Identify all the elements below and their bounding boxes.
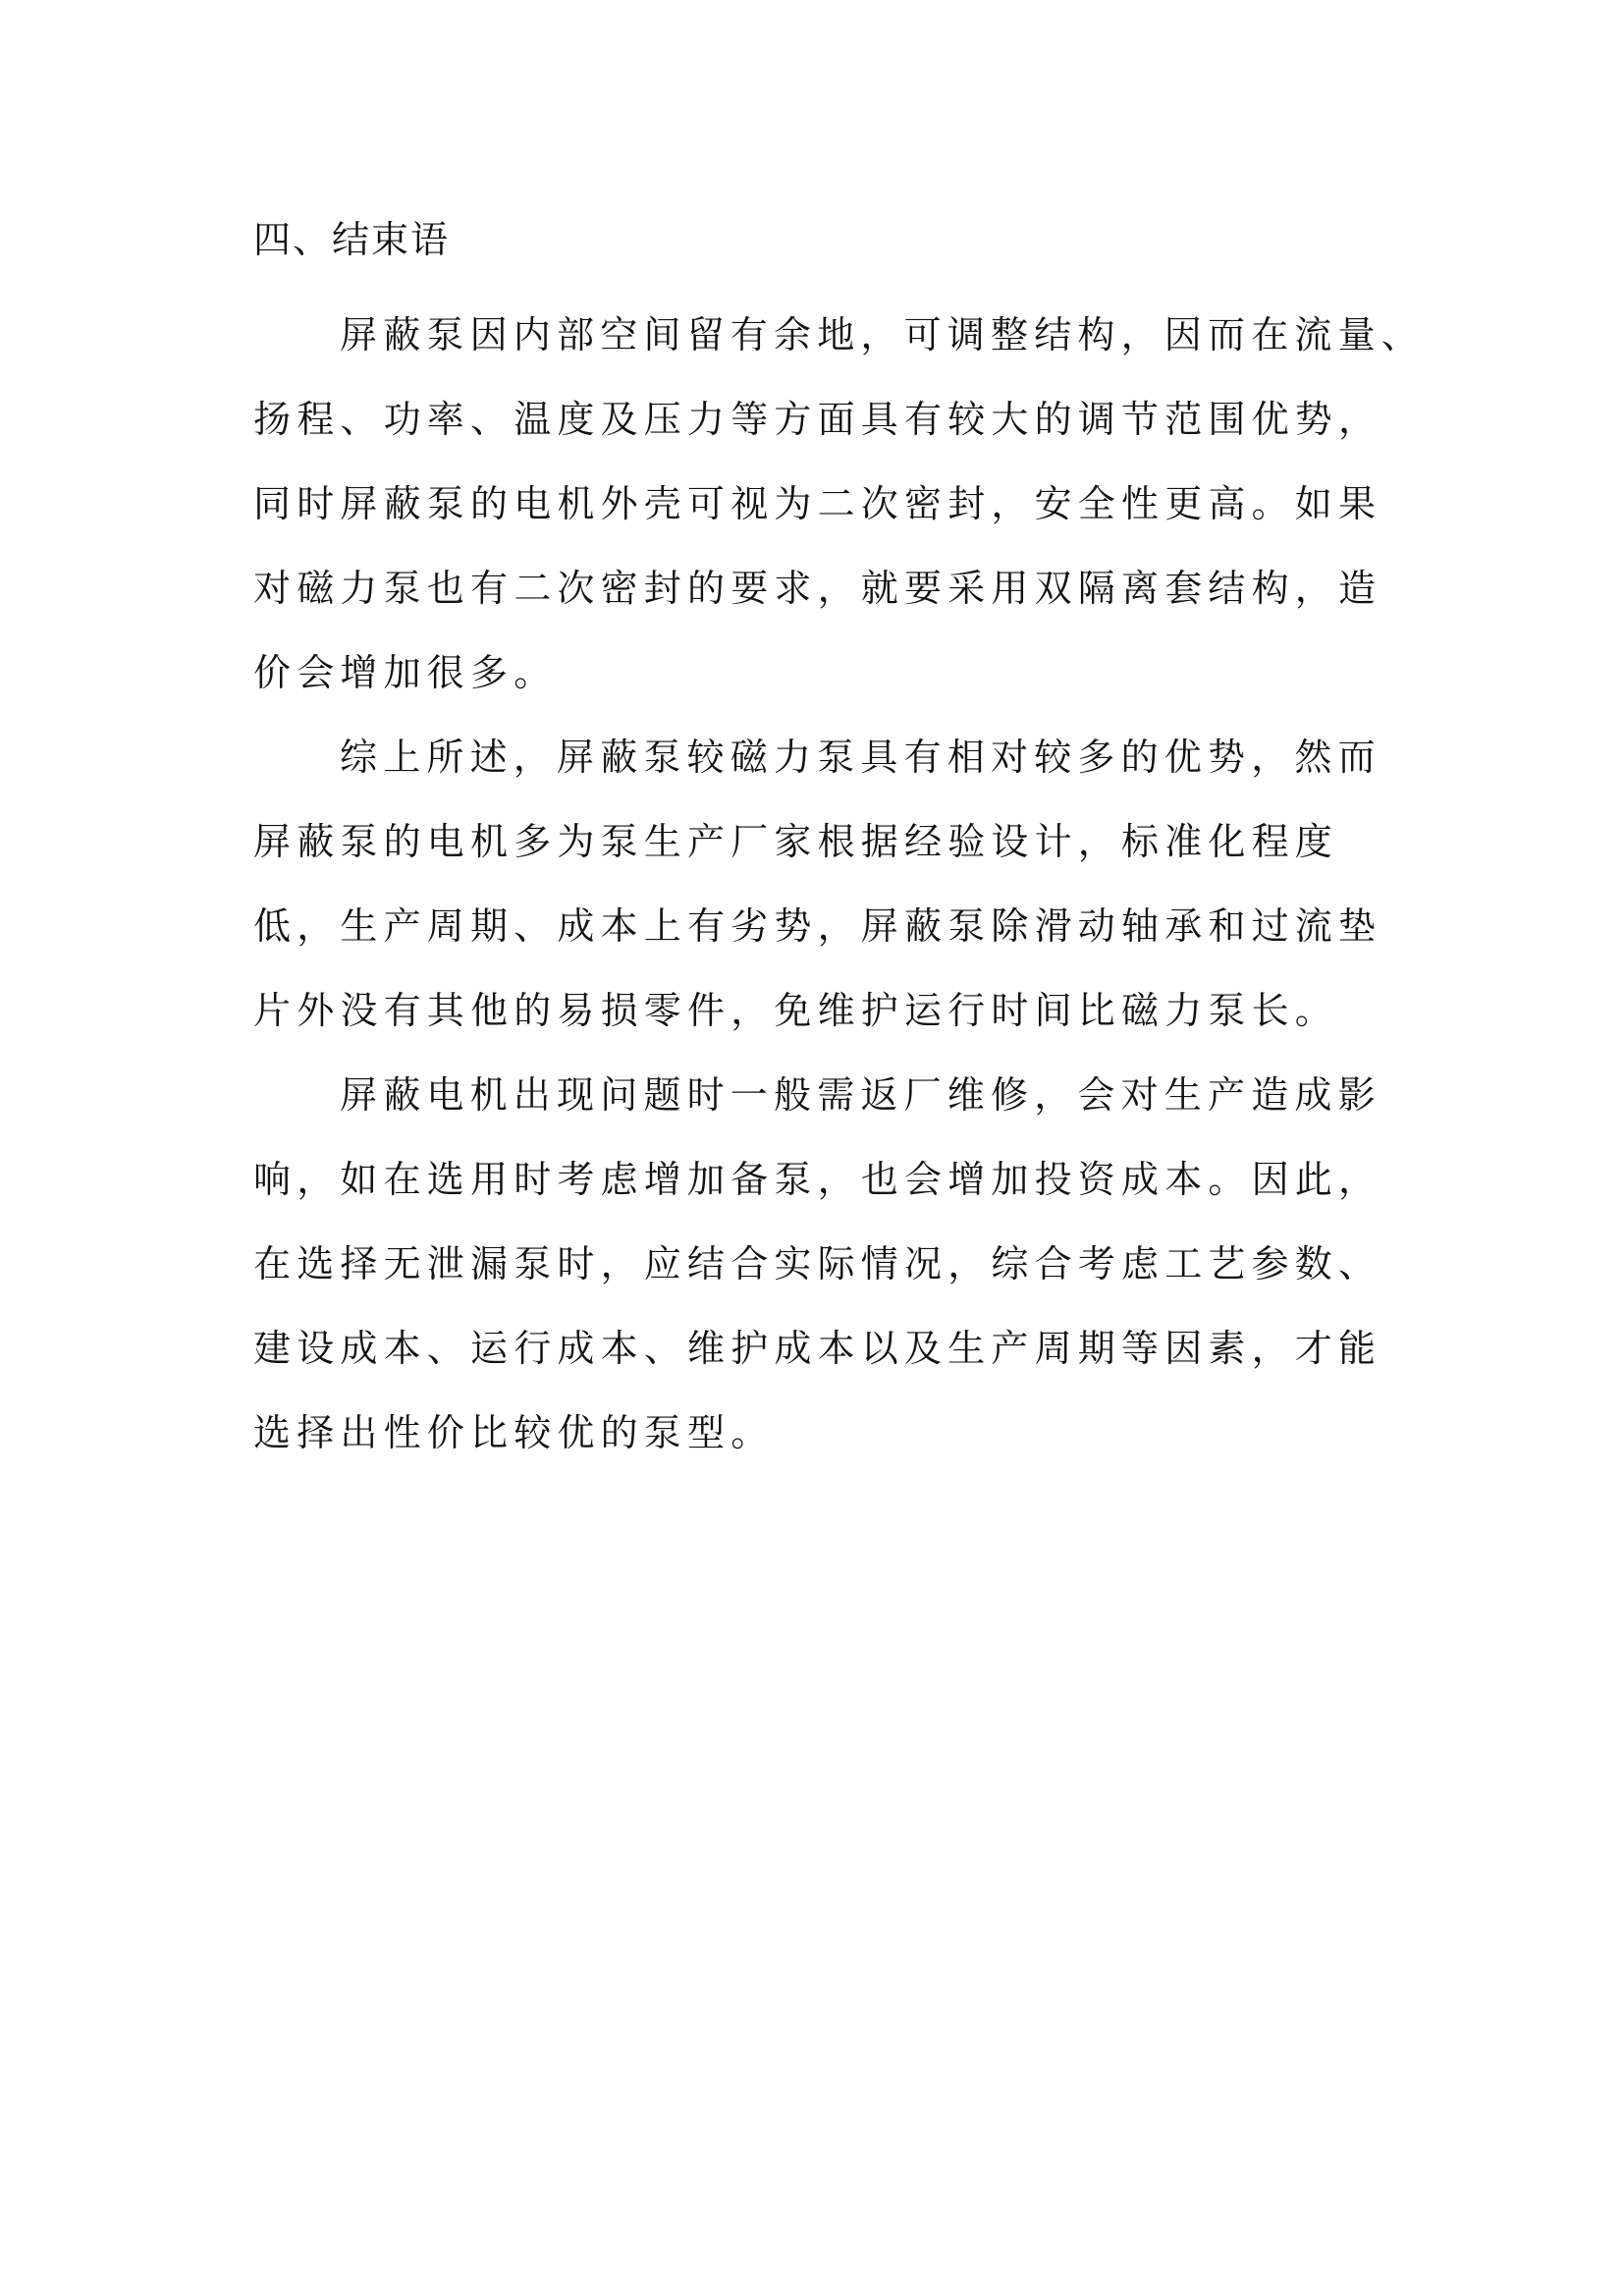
paragraph-line: 屏蔽泵因内部空间留有余地，可调整结构，因而在流量、 xyxy=(253,293,1392,377)
section-heading: 四、结束语 xyxy=(253,214,1392,265)
paragraph-line: 对磁力泵也有二次密封的要求，就要采用双隔离套结构，造 xyxy=(253,546,1392,630)
paragraph-1: 屏蔽泵因内部空间留有余地，可调整结构，因而在流量、 扬程、功率、温度及压力等方面… xyxy=(253,293,1392,715)
paragraph-line: 同时屏蔽泵的电机外壳可视为二次密封，安全性更高。如果 xyxy=(253,462,1392,546)
paragraph-3: 屏蔽电机出现问题时一般需返厂维修，会对生产造成影 响，如在选用时考虑增加备泵，也… xyxy=(253,1053,1392,1475)
paragraph-line: 屏蔽电机出现问题时一般需返厂维修，会对生产造成影 xyxy=(253,1053,1392,1137)
paragraph-2: 综上所述，屏蔽泵较磁力泵具有相对较多的优势，然而 屏蔽泵的电机多为泵生产厂家根据… xyxy=(253,715,1392,1053)
paragraph-line: 建设成本、运行成本、维护成本以及生产周期等因素，才能 xyxy=(253,1306,1392,1391)
paragraph-line: 低，生产周期、成本上有劣势，屏蔽泵除滑动轴承和过流垫 xyxy=(253,884,1392,968)
paragraph-line: 综上所述，屏蔽泵较磁力泵具有相对较多的优势，然而 xyxy=(253,715,1392,799)
paragraph-line: 在选择无泄漏泵时，应结合实际情况，综合考虑工艺参数、 xyxy=(253,1222,1392,1306)
paragraph-line: 片外没有其他的易损零件，免维护运行时间比磁力泵长。 xyxy=(253,968,1392,1053)
paragraph-line: 响，如在选用时考虑增加备泵，也会增加投资成本。因此， xyxy=(253,1137,1392,1222)
document-page: 四、结束语 屏蔽泵因内部空间留有余地，可调整结构，因而在流量、 扬程、功率、温度… xyxy=(253,214,1392,1475)
paragraph-line: 屏蔽泵的电机多为泵生产厂家根据经验设计，标准化程度 xyxy=(253,799,1392,884)
paragraph-line: 选择出性价比较优的泵型。 xyxy=(253,1391,1392,1475)
paragraph-line: 价会增加很多。 xyxy=(253,630,1392,715)
paragraph-line: 扬程、功率、温度及压力等方面具有较大的调节范围优势， xyxy=(253,377,1392,462)
